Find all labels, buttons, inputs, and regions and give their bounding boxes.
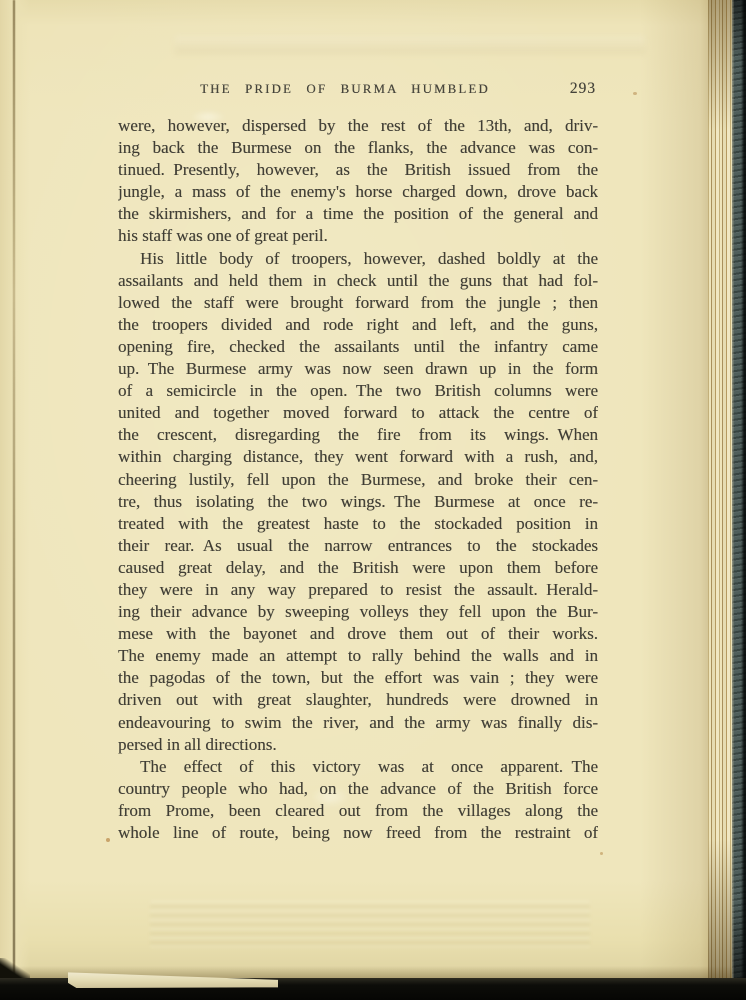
text-line: of a semicircle in the open. The two Bri… — [118, 380, 598, 402]
text-line: they were in any way prepared to resist … — [118, 579, 598, 601]
text-line: tinued. Presently, however, as the Briti… — [118, 159, 598, 181]
scanner-band-artifact — [175, 36, 645, 54]
text-line: united and together moved forward to att… — [118, 402, 598, 424]
text-line: the crescent, disregarding the fire from… — [118, 424, 598, 446]
scanned-book-page: THE PRIDE OF BURMA HUMBLED 293 were, how… — [0, 0, 746, 1000]
text-line: caused great delay, and the British were… — [118, 557, 598, 579]
text-line: persed in all directions. — [118, 734, 598, 756]
text-line: the troopers divided and rode right and … — [118, 314, 598, 336]
page-number: 293 — [570, 80, 596, 98]
text-line: ing back the Burmese on the flanks, the … — [118, 137, 598, 159]
scanner-band-artifact — [150, 900, 590, 948]
bottom-left-corner-shadow — [0, 958, 30, 978]
text-line: lowed the staff were brought forward fro… — [118, 292, 598, 314]
text-line: were, however, dispersed by the rest of … — [118, 115, 598, 137]
text-line: up. The Burmese army was now seen drawn … — [118, 358, 598, 380]
foxing-spot — [106, 838, 110, 842]
text-line: cheering lustily, fell upon the Burmese,… — [118, 469, 598, 491]
text-line: ing their advance by sweeping volleys th… — [118, 601, 598, 623]
text-line: tre, thus isolating the two wings. The B… — [118, 491, 598, 513]
foxing-spot — [600, 852, 603, 855]
text-line: His little body of troopers, however, da… — [118, 248, 598, 270]
text-line: country people who had, on the advance o… — [118, 778, 598, 800]
text-line: endeavouring to swim the river, and the … — [118, 712, 598, 734]
text-line: his staff was one of great peril. — [118, 225, 598, 247]
text-line: assailants and held them in check until … — [118, 270, 598, 292]
text-line: treated with the greatest haste to the s… — [118, 513, 598, 535]
text-line: opening fire, checked the assailants unt… — [118, 336, 598, 358]
text-line: whole line of route, being now freed fro… — [118, 822, 598, 844]
fore-edge-page-stack — [708, 0, 732, 978]
chapter-running-title: THE PRIDE OF BURMA HUMBLED — [118, 82, 598, 97]
text-line: their rear. As usual the narrow entrance… — [118, 535, 598, 557]
text-line: from Prome, been cleared out from the vi… — [118, 800, 598, 822]
text-line: The effect of this victory was at once a… — [118, 756, 598, 778]
text-line: The enemy made an attempt to rally behin… — [118, 645, 598, 667]
text-block: were, however, dispersed by the rest of … — [118, 115, 598, 844]
text-line: mese with the bayonet and drove them out… — [118, 623, 598, 645]
text-line: driven out with great slaughter, hundred… — [118, 689, 598, 711]
running-header: THE PRIDE OF BURMA HUMBLED 293 — [118, 82, 598, 102]
text-line: the pagodas of the town, but the effort … — [118, 667, 598, 689]
book-cover-cloth-edge — [732, 0, 746, 978]
text-line: the skirmishers, and for a time the posi… — [118, 203, 598, 225]
text-line: within charging distance, they went forw… — [118, 446, 598, 468]
text-line: jungle, a mass of the enemy's horse char… — [118, 181, 598, 203]
foxing-spot — [633, 92, 637, 95]
page-gutter-crease — [13, 0, 15, 978]
